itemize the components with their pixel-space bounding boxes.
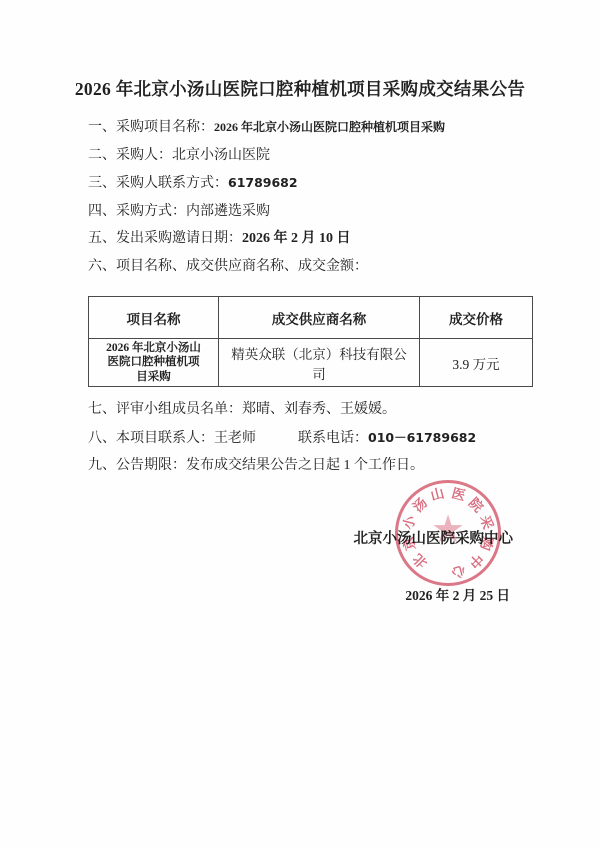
list-item-text: 010－61789682 xyxy=(368,430,476,445)
table-body: 2026 年北京小汤山医院口腔种植机项目采购精英众联（北京）科技有限公司3.9 … xyxy=(89,339,533,387)
list-item: 七、评审小组成员名单：郑晴、刘春秀、王媛媛。 xyxy=(88,400,544,420)
list-item: 二、采购人：北京小汤山医院 xyxy=(88,146,544,166)
list-item-text: 2026 年 2 月 10 日 xyxy=(242,231,351,246)
document-page: 2026 年北京小汤山医院口腔种植机项目采购成交结果公告 一、采购项目名称：20… xyxy=(0,0,600,848)
result-table: 项目名称成交供应商名称成交价格 2026 年北京小汤山医院口腔种植机项目采购精英… xyxy=(88,296,533,387)
column-header: 成交供应商名称 xyxy=(219,297,420,339)
signature-org: 北京小汤山医院采购中心 xyxy=(0,527,513,548)
seal-text-char: 汤 xyxy=(407,492,431,516)
items-before-table: 一、采购项目名称：2026 年北京小汤山医院口腔种植机项目采购二、采购人：北京小… xyxy=(88,118,544,284)
list-item: 八、本项目联系人：王老师 联系电话：010－61789682 xyxy=(88,428,544,449)
list-item: 四、采购方式：内部遴选采购 xyxy=(88,202,544,222)
seal-text-char: 院 xyxy=(465,492,489,516)
table-cell: 2026 年北京小汤山医院口腔种植机项目采购 xyxy=(89,339,219,387)
list-item: 五、发出采购邀请日期：2026 年 2 月 10 日 xyxy=(88,229,544,249)
list-item-text: 一、采购项目名称： xyxy=(88,120,214,135)
list-item-text: 61789682 xyxy=(228,175,298,190)
table-row: 2026 年北京小汤山医院口腔种植机项目采购精英众联（北京）科技有限公司3.9 … xyxy=(89,339,533,387)
column-header: 成交价格 xyxy=(420,297,533,339)
list-item: 一、采购项目名称：2026 年北京小汤山医院口腔种植机项目采购 xyxy=(88,118,544,138)
list-item-text: 四、采购方式：内部遴选采购 xyxy=(88,204,270,219)
seal-text-char: 北 xyxy=(407,550,431,574)
list-item-text xyxy=(256,431,298,446)
list-item-text: 二、采购人：北京小汤山医院 xyxy=(88,148,270,163)
table-header-row: 项目名称成交供应商名称成交价格 xyxy=(89,297,533,339)
seal-text-char: 中 xyxy=(465,550,489,574)
table-cell: 精英众联（北京）科技有限公司 xyxy=(219,339,420,387)
list-item-text: 2026 年北京小汤山医院口腔种植机项目采购 xyxy=(214,120,445,134)
list-item-text: 八、本项目联系人：王老师 xyxy=(88,431,256,446)
list-item: 六、项目名称、成交供应商名称、成交金额： xyxy=(88,257,544,277)
seal-text-char: 心 xyxy=(450,561,468,584)
list-item-text: 五、发出采购邀请日期： xyxy=(88,231,242,246)
list-item-text: 六、项目名称、成交供应商名称、成交金额： xyxy=(88,259,368,274)
list-item: 九、公告期限：发布成交结果公告之日起 1 个工作日。 xyxy=(88,456,544,476)
column-header: 项目名称 xyxy=(89,297,219,339)
list-item-text: 联系电话： xyxy=(298,431,368,446)
page-title: 2026 年北京小汤山医院口腔种植机项目采购成交结果公告 xyxy=(0,76,600,101)
list-item-text: 三、采购人联系方式： xyxy=(88,176,228,191)
seal-text-char: 医 xyxy=(450,482,468,505)
signature-date: 2026 年 2 月 25 日 xyxy=(0,584,510,604)
items-after-table: 七、评审小组成员名单：郑晴、刘春秀、王媛媛。八、本项目联系人：王老师 联系电话：… xyxy=(88,400,544,484)
list-item-text: 九、公告期限：发布成交结果公告之日起 1 个工作日。 xyxy=(88,458,424,473)
seal-text-char: 山 xyxy=(428,482,446,505)
list-item: 三、采购人联系方式：61789682 xyxy=(88,173,544,194)
list-item-text: 七、评审小组成员名单：郑晴、刘春秀、王媛媛。 xyxy=(88,402,396,417)
table-cell: 3.9 万元 xyxy=(420,339,533,387)
